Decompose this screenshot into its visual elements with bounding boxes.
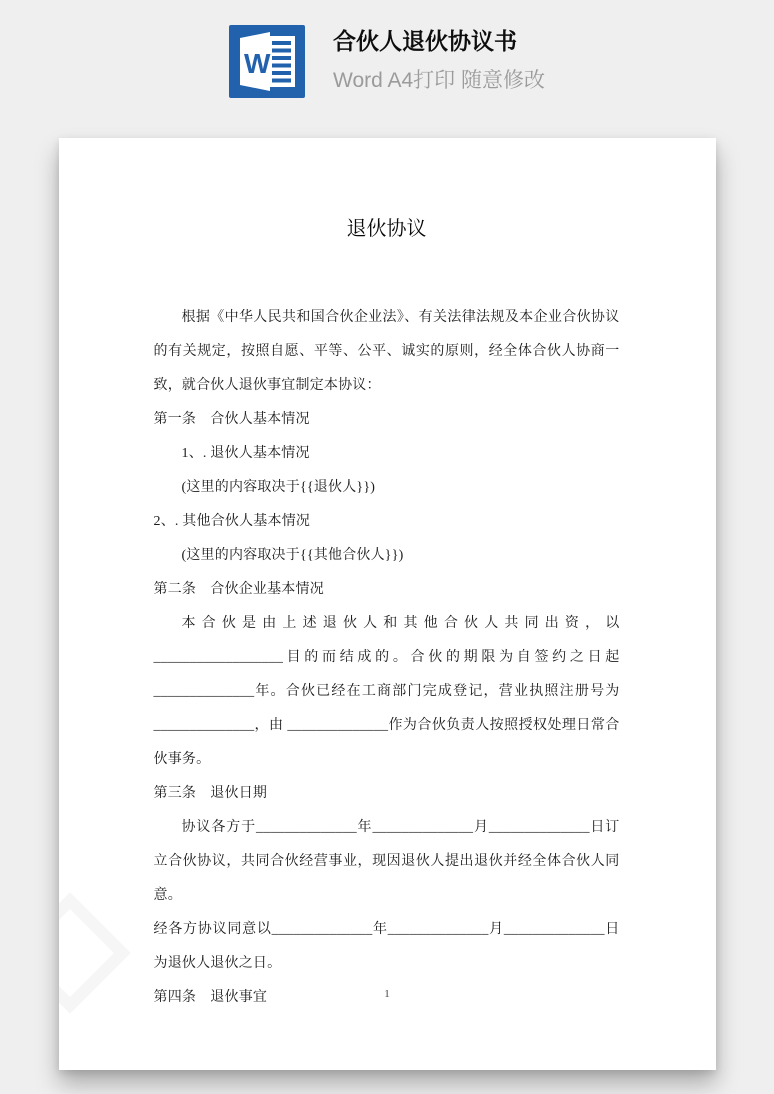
- heading-article-3: 第三条 退伙日期: [154, 777, 620, 811]
- item-withdrawing-partner: 1、. 退伙人基本情况: [154, 437, 620, 471]
- paragraph-preamble: 根据《中华人民共和国合伙企业法》、有关法律法规及本企业合伙协议的有关规定，按照自…: [154, 301, 620, 403]
- svg-text:W: W: [244, 48, 271, 79]
- page-title: 合伙人退伙协议书: [333, 28, 545, 54]
- paragraph-agreement-date: 协议各方于______________年______________月_____…: [154, 811, 620, 913]
- placeholder-withdrawing-partner: (这里的内容取决于{{退伙人}}): [154, 471, 620, 505]
- document-page: 退伙协议 根据《中华人民共和国合伙企业法》、有关法律法规及本企业合伙协议的有关规…: [59, 138, 716, 1070]
- paragraph-partnership-info: 本合伙是由上述退伙人和其他合伙人共同出资，以 _________________…: [154, 607, 620, 777]
- heading-article-2: 第二条 合伙企业基本情况: [154, 573, 620, 607]
- heading-article-1: 第一条 合伙人基本情况: [154, 403, 620, 437]
- placeholder-other-partners: (这里的内容取决于{{其他合伙人}}): [154, 539, 620, 573]
- paragraph-withdrawal-date: 经各方协议同意以______________年______________月__…: [154, 913, 620, 981]
- document-title: 退伙协议: [154, 212, 620, 241]
- item-other-partners: 2、. 其他合伙人基本情况: [154, 505, 620, 539]
- page-number: 1: [59, 988, 716, 1000]
- word-icon: W: [229, 25, 305, 98]
- page-subtitle: Word A4打印 随意修改: [333, 64, 545, 94]
- site-header: W 合伙人退伙协议书 Word A4打印 随意修改: [0, 0, 774, 118]
